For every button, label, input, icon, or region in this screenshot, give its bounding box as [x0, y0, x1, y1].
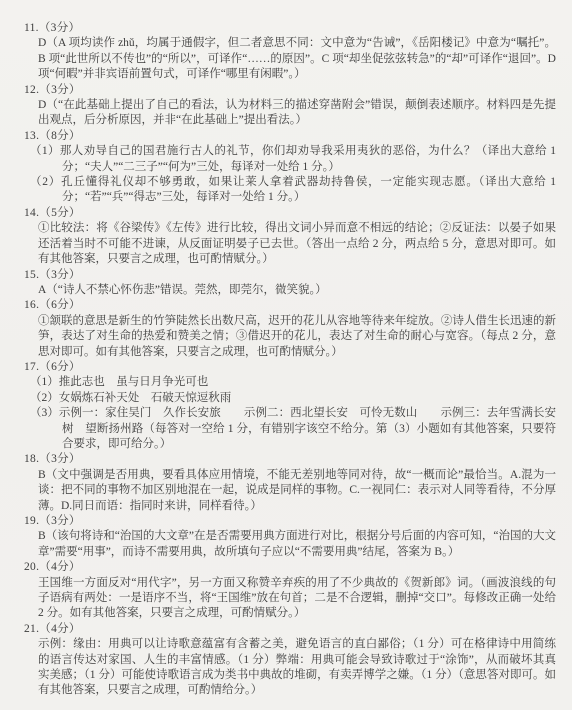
- answer-item-11: 11.（3分） D（A 项均读作 zhǔ，均属于通假字，但二者意思不同：文中意为…: [24, 21, 556, 83]
- item-16-answer-text: ①颔联的意思是新生的竹笋陡然长出数尺高，迟开的花儿从容地等待来年绽放。②诗人借生…: [38, 314, 556, 360]
- item-number-16: 16.（6分）: [24, 298, 556, 313]
- answer-item-16: 16.（6分） ①颔联的意思是新生的竹笋陡然长出数尺高，迟开的花儿从容地等待来年…: [24, 298, 556, 360]
- answer-item-19: 19.（3分） B（该句将诗和“治国的大文章”在是否需要用典方面进行对比，根据分…: [24, 514, 556, 560]
- item-13-sub-2: （2）孔丘懂得礼仪却不够勇敢，如果让莱人拿着武器劫持鲁侯，一定能实现志愿。（译出…: [30, 175, 556, 206]
- answer-item-17: 17.（6分） （1）推此志也 虽与日月争光可也 （2）女娲炼石补天处 石破天惊…: [24, 360, 556, 452]
- item-number-17: 17.（6分）: [24, 360, 556, 375]
- item-14-answer-text: ①比较法：将《谷梁传》《左传》进行比较，得出文词小异而意不相远的结论；②反证法：…: [38, 221, 556, 267]
- answer-item-13: 13.（8分） （1）那人劝导自己的国君施行古人的礼节，你们却劝导我采用夷狄的恶…: [24, 129, 556, 206]
- item-15-answer-text: A（“诗人不禁心怀伤悲”错误。莞然，即莞尔，微笑貌。）: [38, 283, 556, 298]
- item-number-19: 19.（3分）: [24, 514, 556, 529]
- item-number-12: 12.（3分）: [24, 83, 556, 98]
- item-17-sub-3: （3）示例一：家住吴门 久作长安旅 示例二：西北望长安 可怜无数山 示例三：去年…: [30, 406, 556, 452]
- item-number-11: 11.（3分）: [24, 21, 556, 36]
- answer-item-14: 14.（5分） ①比较法：将《谷梁传》《左传》进行比较，得出文词小异而意不相远的…: [24, 206, 556, 268]
- item-17-sub-2: （2）女娲炼石补天处 石破天惊逗秋雨: [30, 391, 556, 406]
- item-12-answer-text: D（“在此基础上提出了自己的看法，认为材料三的描述穿凿附会”错误，颠倒表述顺序。…: [38, 98, 556, 129]
- item-number-18: 18.（3分）: [24, 452, 556, 467]
- item-20-answer-text: 王国维一方面反对“用代字”，另一方面又称赞辛弃疾的用了不少典故的《贺新郎》词。（…: [38, 576, 556, 622]
- item-number-15: 15.（3分）: [24, 268, 556, 283]
- item-11-answer-text: D（A 项均读作 zhǔ，均属于通假字，但二者意思不同：文中意为“告诫”，《岳阳…: [38, 36, 556, 82]
- answer-key-page: 11.（3分） D（A 项均读作 zhǔ，均属于通假字，但二者意思不同：文中意为…: [0, 0, 572, 710]
- item-19-answer-text: B（该句将诗和“治国的大文章”在是否需要用典方面进行对比，根据分号后面的内容可知…: [38, 529, 556, 560]
- answer-item-20: 20.（4分） 王国维一方面反对“用代字”，另一方面又称赞辛弃疾的用了不少典故的…: [24, 560, 556, 622]
- item-number-20: 20.（4分）: [24, 560, 556, 575]
- answer-item-12: 12.（3分） D（“在此基础上提出了自己的看法，认为材料三的描述穿凿附会”错误…: [24, 83, 556, 129]
- answer-item-18: 18.（3分） B（文中强调是否用典，要看具体应用情境，不能无差别地等同对待，故…: [24, 452, 556, 514]
- item-number-14: 14.（5分）: [24, 206, 556, 221]
- item-17-sub-1: （1）推此志也 虽与日月争光可也: [30, 375, 556, 390]
- item-13-sub-1: （1）那人劝导自己的国君施行古人的礼节，你们却劝导我采用夷狄的恶俗，为什么？（译…: [30, 144, 556, 175]
- answer-item-15: 15.（3分） A（“诗人不禁心怀伤悲”错误。莞然，即莞尔，微笑貌。）: [24, 268, 556, 299]
- item-number-13: 13.（8分）: [24, 129, 556, 144]
- item-number-21: 21.（4分）: [24, 622, 556, 637]
- item-18-answer-text: B（文中强调是否用典，要看具体应用情境，不能无差别地等同对待，故“一概而论”最恰…: [38, 468, 556, 514]
- answer-item-21: 21.（4分） 示例：缘由：用典可以让诗歌意蕴富有含蓄之美，避免语言的直白鄙俗；…: [24, 622, 556, 699]
- item-21-answer-text: 示例：缘由：用典可以让诗歌意蕴富有含蓄之美，避免语言的直白鄙俗；（1 分）可在格…: [38, 637, 556, 699]
